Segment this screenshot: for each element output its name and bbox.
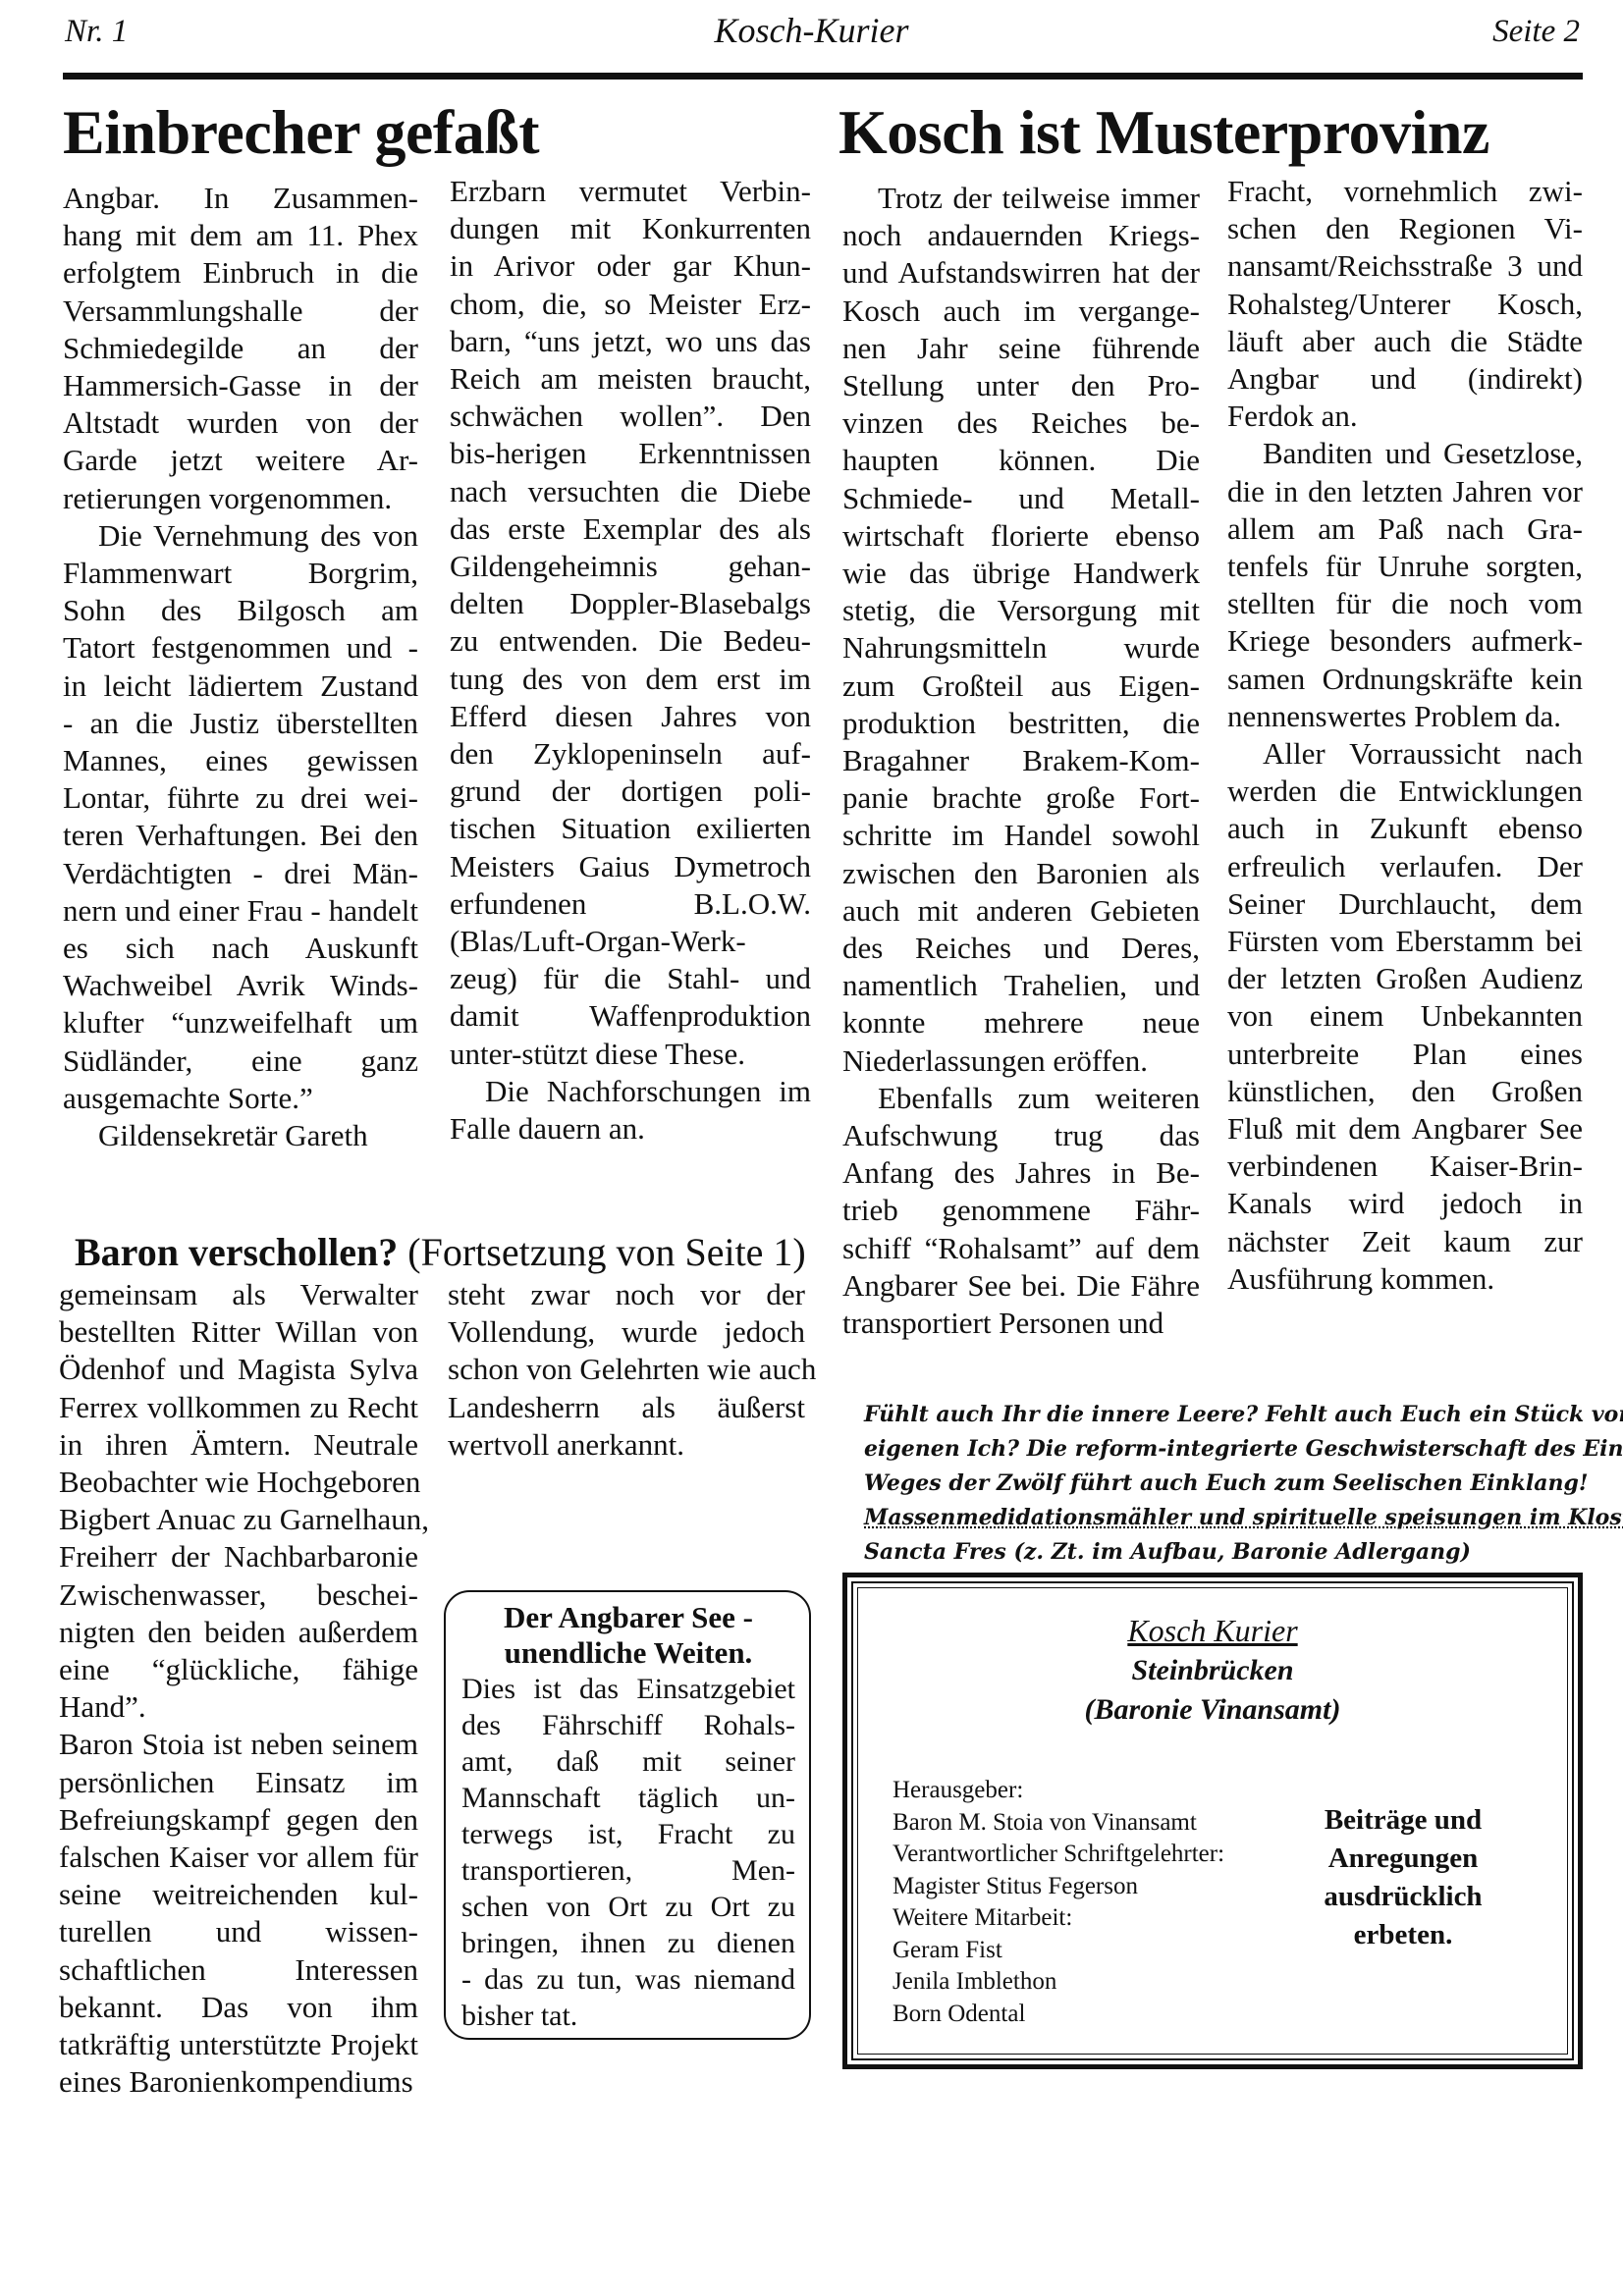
text-line: allem am Paß nach Gra- <box>1227 510 1583 548</box>
text-line: Wachweibel Avrik Winds- <box>63 967 418 1004</box>
text-line: unter-stützt diese These. <box>450 1036 811 1073</box>
text-line: nächster Zeit kaum zur <box>1227 1223 1583 1260</box>
text-line: bekannt. Das von ihm <box>59 1989 418 2026</box>
text-line: nansamt/Reichsstraße 3 und <box>1227 247 1583 285</box>
angbarer-see-box: Der Angbarer See - unendliche Weiten. Di… <box>444 1590 811 2040</box>
text-line: Lontar, führte zu drei wei- <box>63 779 418 817</box>
headline-baron-verschollen: Baron verschollen? (Fortsetzung von Seit… <box>75 1229 806 1275</box>
credit-line: Magister Stitus Fegerson <box>893 1871 1224 1903</box>
credit-line: Geram Fist <box>893 1935 1224 1967</box>
headline-baron-rest: (Fortsetzung von Seite 1) <box>398 1230 806 1274</box>
text-line: Angbarer See bei. Die Fähre <box>842 1267 1200 1305</box>
text-line: schaftlichen Interessen <box>59 1951 418 1989</box>
article-baron-col2: steht zwar noch vor derVollendung, wurde… <box>448 1276 805 1464</box>
headline-einbrecher: Einbrecher gefaßt <box>63 98 539 167</box>
text-line: Stellung unter den Pro- <box>842 367 1200 404</box>
text-line: Bragahner Brakem-Kom- <box>842 742 1200 779</box>
credit-line: Baron M. Stoia von Vinansamt <box>893 1807 1224 1840</box>
text-line: Reich am meisten braucht, <box>450 360 811 398</box>
text-line: auch mit anderen Gebieten <box>842 892 1200 930</box>
text-line: Anfang des Jahres in Be- <box>842 1154 1200 1192</box>
impressum-region: (Baronie Vinansamt) <box>853 1693 1572 1727</box>
text-line: bringen, ihnen zu dienen <box>461 1925 795 1961</box>
text-line: Befreiungskampf gegen den <box>59 1801 418 1839</box>
text-line: nen Jahr seine führende <box>842 330 1200 367</box>
header-rule <box>63 73 1583 80</box>
text-line: amt, daß mit seiner <box>461 1743 795 1780</box>
text-line: vinzen des Reiches be- <box>842 404 1200 442</box>
text-line: Ferrex vollkommen zu Recht <box>59 1389 418 1426</box>
masthead-title: Kosch-Kurier <box>0 10 1623 51</box>
text-line: tischen Situation exilierten <box>450 810 811 847</box>
text-line: Rohalsteg/Unterer Kosch, <box>1227 286 1583 323</box>
text-line: zu entwenden. Die Bedeu- <box>450 622 811 660</box>
text-line: Hammersich-Gasse in der <box>63 367 418 404</box>
text-line: Efferd diesen Jahres von <box>450 698 811 735</box>
text-line: erfundenen B.L.O.W. <box>450 885 811 923</box>
text-line: Fracht, vornehmlich zwi- <box>1227 173 1583 210</box>
text-line: Die Vernehmung des von <box>63 517 418 555</box>
text-line: Kosch auch im vergange- <box>842 293 1200 330</box>
text-line: Kanals wird jedoch in <box>1227 1185 1583 1222</box>
text-line: werden die Entwicklungen <box>1227 773 1583 810</box>
text-line: Falle dauern an. <box>450 1110 811 1148</box>
text-line: erfolgtem Einbruch in die <box>63 254 418 292</box>
text-line: läuft aber auch die Städte <box>1227 323 1583 360</box>
article-einbrecher-col1: Angbar. In Zusammen-hang mit dem am 11. … <box>63 180 418 1154</box>
text-line: Ebenfalls zum weiteren <box>842 1080 1200 1117</box>
headline-baron-bold: Baron verschollen? <box>75 1230 398 1274</box>
text-line: Schmiedegilde an der <box>63 330 418 367</box>
sidebox-title-2: unendliche Weiten. <box>461 1635 795 1671</box>
article-musterprovinz-col4: Fracht, vornehmlich zwi-schen den Region… <box>1227 173 1583 1298</box>
text-line: eines Baronienkompendiums <box>59 2063 418 2101</box>
text-line: panie brachte große Fort- <box>842 779 1200 817</box>
text-line: die in den letzten Jahren vor <box>1227 473 1583 510</box>
text-line: verbindenen Kaiser-Brin- <box>1227 1148 1583 1185</box>
text-line: in Arivor oder gar Khun- <box>450 247 811 285</box>
text-line: seine weitreichenden kul- <box>59 1876 418 1913</box>
text-line: bis-herigen Erkenntnissen <box>450 435 811 472</box>
article-einbrecher-col2: Erzbarn vermutet Verbin-dungen mit Konku… <box>450 173 811 1148</box>
text-line: Bigbert Anuac zu Garnelhaun, <box>59 1501 418 1538</box>
text-line: klufter “unzweifelhaft um <box>63 1004 418 1041</box>
credit-line: Jenila Imblethon <box>893 1966 1224 1999</box>
text-line: haupten können. Die <box>842 442 1200 479</box>
text-line: Gildensekretär Gareth <box>63 1117 418 1154</box>
text-line: Sohn des Bilgosch am <box>63 592 418 629</box>
text-line: zeug) für die Stahl- und <box>450 960 811 997</box>
advert-line: Weges der Zwölf führt auch Euch zum Seel… <box>864 1467 1591 1501</box>
text-line: auch in Zukunft ebenso <box>1227 810 1583 847</box>
text-line: Verdächtigten - drei Män- <box>63 855 418 892</box>
text-line: schiff “Rohalsamt” auf dem <box>842 1230 1200 1267</box>
text-line: Zwischenwasser, beschei- <box>59 1576 418 1614</box>
text-line: transportieren, Men- <box>461 1852 795 1889</box>
text-line: von einem Unbekannten <box>1227 997 1583 1035</box>
text-line: damit Waffenproduktion <box>450 997 811 1035</box>
text-line: unterbreite Plan eines <box>1227 1036 1583 1073</box>
text-line: Landesherrn als äußerst <box>448 1389 805 1426</box>
text-line: bestellten Ritter Willan von <box>59 1313 418 1351</box>
text-line: Nahrungsmitteln wurde <box>842 629 1200 667</box>
text-line: samen Ordnungskräfte kein <box>1227 661 1583 698</box>
article-musterprovinz-col3: Trotz der teilweise immernoch andauernde… <box>842 180 1200 1342</box>
text-line: Fluß mit dem Angbarer See <box>1227 1110 1583 1148</box>
text-line: Gildengeheimnis gehan- <box>450 548 811 585</box>
text-line: gemeinsam als Verwalter <box>59 1276 418 1313</box>
text-line: Kriege besonders aufmerk- <box>1227 622 1583 660</box>
text-line: - an die Justiz überstellten <box>63 705 418 742</box>
text-line: wie das übrige Handwerk <box>842 555 1200 592</box>
text-line: Baron Stoia ist neben seinem <box>59 1726 418 1763</box>
text-line: Trotz der teilweise immer <box>842 180 1200 217</box>
text-line: zwischen den Baronien als <box>842 855 1200 892</box>
text-line: retierungen vorgenommen. <box>63 480 418 517</box>
text-line: es sich nach Auskunft <box>63 930 418 967</box>
text-line: Meisters Gaius Dymetroch <box>450 848 811 885</box>
text-line: Aufschwung trug das <box>842 1117 1200 1154</box>
text-line: eine “glückliche, fähige <box>59 1651 418 1688</box>
text-line: hang mit dem am 11. Phex <box>63 217 418 254</box>
text-line: und Aufstandswirren hat der <box>842 254 1200 292</box>
sidebox-body: Dies ist das Einsatzgebietdes Fährschiff… <box>461 1671 795 2034</box>
sidebox-title-1: Der Angbarer See - <box>461 1600 795 1635</box>
text-line: zum Großteil aus Eigen- <box>842 667 1200 705</box>
text-line: namentlich Trahelien, und <box>842 967 1200 1004</box>
text-line: Fürsten vom Eberstamm bei <box>1227 923 1583 960</box>
text-line: Ödenhof und Magista Sylva <box>59 1351 418 1388</box>
text-line: teren Verhaftungen. Bei den <box>63 817 418 854</box>
text-line: barn, “uns jetzt, wo uns das <box>450 323 811 360</box>
text-line: nern und einer Frau - handelt <box>63 892 418 930</box>
text-line: wertvoll anerkannt. <box>448 1426 805 1464</box>
text-line: tenfels für Unruhe sorgten, <box>1227 548 1583 585</box>
text-line: das erste Exemplar des als <box>450 510 811 548</box>
text-line: nennenswertes Problem da. <box>1227 698 1583 735</box>
text-line: der letzten Großen Audienz <box>1227 960 1583 997</box>
text-line: turellen und wissen- <box>59 1913 418 1950</box>
text-line: Freiherr der Nachbarbaronie <box>59 1538 418 1575</box>
text-line: noch andauernden Kriegs- <box>842 217 1200 254</box>
text-line: wirtschaft florierte ebenso <box>842 517 1200 555</box>
credit-line: Weitere Mitarbeit: <box>893 1902 1224 1935</box>
impressum-place: Steinbrücken <box>853 1654 1572 1687</box>
text-line: Schmiede- und Metall- <box>842 480 1200 517</box>
impressum-box: Kosch Kurier Steinbrücken (Baronie Vinan… <box>842 1573 1583 2069</box>
advert-klosterstift: Fühlt auch Ihr die innere Leere? Fehlt a… <box>864 1398 1591 1570</box>
text-line: Vollendung, wurde jedoch <box>448 1313 805 1351</box>
text-line: Mannes, eines gewissen <box>63 742 418 779</box>
text-line: transportiert Personen und <box>842 1305 1200 1342</box>
text-line: Banditen und Gesetzlose, <box>1227 435 1583 472</box>
text-line: schen den Regionen Vi- <box>1227 210 1583 247</box>
impressum-contributions-note: Beiträge und Anregungen ausdrücklich erb… <box>1285 1801 1521 1954</box>
text-line: delten Doppler-Blasebalgs <box>450 585 811 622</box>
text-line: tatkräftig unterstützte Projekt <box>59 2026 418 2063</box>
text-line: Altstadt wurden von der <box>63 404 418 442</box>
credit-line: Born Odental <box>893 1999 1224 2031</box>
headline-musterprovinz: Kosch ist Musterprovinz <box>839 98 1489 167</box>
text-line: in leicht lädiertem Zustand <box>63 667 418 705</box>
text-line: Erzbarn vermutet Verbin- <box>450 173 811 210</box>
text-line: Hand”. <box>59 1688 418 1726</box>
text-line: persönlichen Einsatz im <box>59 1764 418 1801</box>
credit-line: Verantwortlicher Schriftgelehrter: <box>893 1839 1224 1871</box>
text-line: produktion bestritten, die <box>842 705 1200 742</box>
impressum-credits: Herausgeber: Baron M. Stoia von Vinansam… <box>893 1775 1224 2030</box>
text-line: Mannschaft täglich un- <box>461 1780 795 1816</box>
text-line: steht zwar noch vor der <box>448 1276 805 1313</box>
impressum-title: Kosch Kurier <box>853 1613 1572 1649</box>
text-line: nach versuchten die Diebe <box>450 473 811 510</box>
credit-line: Herausgeber: <box>893 1775 1224 1807</box>
text-line: schritte im Handel sowohl <box>842 817 1200 854</box>
text-line: - das zu tun, was niemand <box>461 1961 795 1998</box>
text-line: terwegs ist, Fracht zu <box>461 1816 795 1852</box>
text-line: dungen mit Konkurrenten <box>450 210 811 247</box>
text-line: trieb genommene Fähr- <box>842 1192 1200 1229</box>
text-line: in ihren Ämtern. Neutrale <box>59 1426 418 1464</box>
text-line: Dies ist das Einsatzgebiet <box>461 1671 795 1707</box>
text-line: schwächen wollen”. Den <box>450 398 811 435</box>
text-line: (Blas/Luft-Organ-Werk- <box>450 923 811 960</box>
text-line: falschen Kaiser vor allem für <box>59 1839 418 1876</box>
text-line: Südländer, eine ganz <box>63 1042 418 1080</box>
text-line: Garde jetzt weitere Ar- <box>63 442 418 479</box>
text-line: den Zyklopeninseln auf- <box>450 735 811 773</box>
text-line: stellten für die noch vom <box>1227 585 1583 622</box>
text-line: konnte mehrere neue <box>842 1004 1200 1041</box>
text-line: Ferdok an. <box>1227 398 1583 435</box>
text-line: Versammlungshalle der <box>63 293 418 330</box>
text-line: ausgemachte Sorte.” <box>63 1080 418 1117</box>
text-line: Seiner Durchlaucht, dem <box>1227 885 1583 923</box>
text-line: Aller Vorraussicht nach <box>1227 735 1583 773</box>
text-line: Niederlassungen eröffen. <box>842 1042 1200 1080</box>
text-line: künstlichen, den Großen <box>1227 1073 1583 1110</box>
text-line: Tatort festgenommen und - <box>63 629 418 667</box>
text-line: stetig, die Versorgung mit <box>842 592 1200 629</box>
text-line: Angbar und (indirekt) <box>1227 360 1583 398</box>
advert-line: Massenmedidationsmähler und spirituelle … <box>864 1501 1591 1535</box>
advert-line: Fühlt auch Ihr die innere Leere? Fehlt a… <box>864 1398 1591 1432</box>
text-line: tung des von dem erst im <box>450 661 811 698</box>
text-line: Angbar. In Zusammen- <box>63 180 418 217</box>
text-line: Beobachter wie Hochgeboren <box>59 1464 418 1501</box>
advert-line: Sancta Fres (z. Zt. im Aufbau, Baronie A… <box>864 1535 1591 1570</box>
text-line: grund der dortigen poli- <box>450 773 811 810</box>
text-line: Flammenwart Borgrim, <box>63 555 418 592</box>
page-number: Seite 2 <box>1492 14 1580 50</box>
text-line: bisher tat. <box>461 1998 795 2034</box>
text-line: schon von Gelehrten wie auch <box>448 1351 805 1388</box>
text-line: schen von Ort zu Ort zu <box>461 1889 795 1925</box>
text-line: Die Nachforschungen im <box>450 1073 811 1110</box>
text-line: des Fährschiff Rohals- <box>461 1707 795 1743</box>
advert-line: eigenen Ich? Die reform-integrierte Gesc… <box>864 1432 1591 1467</box>
text-line: nigten den beiden außerdem <box>59 1614 418 1651</box>
text-line: chom, die, so Meister Erz- <box>450 286 811 323</box>
text-line: Ausführung kommen. <box>1227 1260 1583 1298</box>
text-line: des Reiches und Deres, <box>842 930 1200 967</box>
text-line: erfreulich verlaufen. Der <box>1227 848 1583 885</box>
article-baron-col1: gemeinsam als Verwalterbestellten Ritter… <box>59 1276 418 2101</box>
